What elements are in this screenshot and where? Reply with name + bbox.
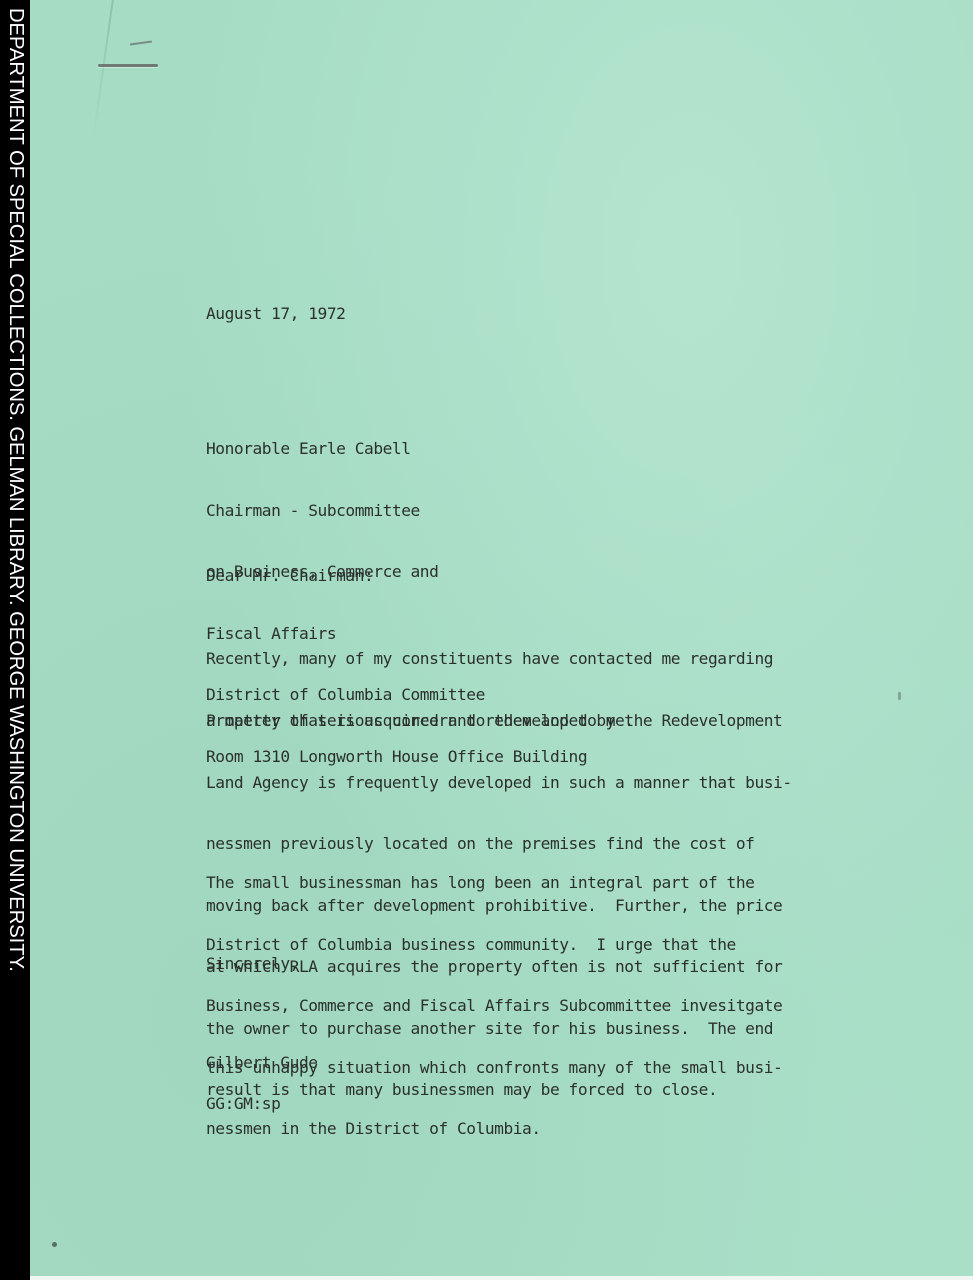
archive-sidebar: DEPARTMENT OF SPECIAL COLLECTIONS. GELMA… <box>0 0 30 1280</box>
letter-date: August 17, 1972 <box>206 304 345 325</box>
paragraph-line: Land Agency is frequently developed in s… <box>206 773 792 794</box>
staple-mark-icon <box>130 40 152 45</box>
archive-label: DEPARTMENT OF SPECIAL COLLECTIONS. GELMA… <box>2 8 30 972</box>
paragraph-line: nessmen in the District of Columbia. <box>206 1119 782 1140</box>
paper-speck <box>52 1242 57 1247</box>
address-line: Honorable Earle Cabell <box>206 439 587 460</box>
paper-speck <box>898 692 901 700</box>
staple-icon <box>98 64 158 67</box>
reference-initials: GG:GM:sp <box>206 1094 280 1115</box>
closing: Sincerely, <box>206 954 299 975</box>
paragraph-line: Property that is acquired and redevelope… <box>206 711 792 732</box>
paragraph-line: District of Columbia business community.… <box>206 935 782 956</box>
body-paragraph-3: The small businessman has long been an i… <box>206 832 782 1160</box>
paragraph-line: Business, Commerce and Fiscal Affairs Su… <box>206 996 782 1017</box>
paragraph-line: Recently, many of my constituents have c… <box>206 649 773 670</box>
paragraph-line: The small businessman has long been an i… <box>206 873 782 894</box>
signature-name: Gilbert Gude <box>206 1053 318 1074</box>
salutation: Dear Mr. Chairman: <box>206 566 373 587</box>
address-line: Chairman - Subcommittee <box>206 501 587 522</box>
paper-fold-crease <box>92 0 114 140</box>
